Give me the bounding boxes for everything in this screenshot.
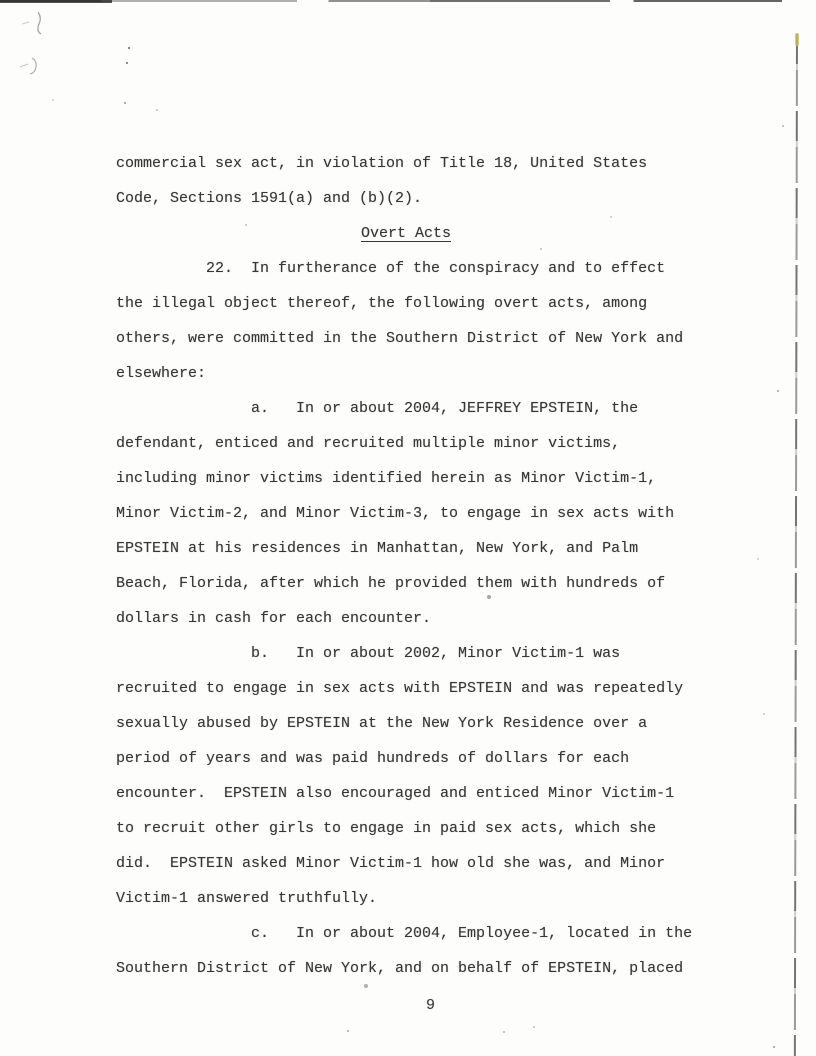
page-number: 9 [426, 997, 435, 1014]
doc-line: Minor Victim-2, and Minor Victim-3, to e… [116, 496, 696, 531]
doc-line: to recruit other girls to engage in paid… [116, 811, 696, 846]
doc-line: recruited to engage in sex acts with EPS… [116, 671, 696, 706]
doc-line: Victim-1 answered truthfully. [116, 881, 696, 916]
document-text: commercial sex act, in violation of Titl… [116, 146, 696, 986]
scan-artifact-scribble [8, 6, 68, 86]
doc-line: period of years and was paid hundreds of… [116, 741, 696, 776]
doc-line: elsewhere: [116, 356, 696, 391]
scan-artifact-right-edge-tip [795, 33, 799, 46]
doc-line: sexually abused by EPSTEIN at the New Yo… [116, 706, 696, 741]
doc-line: b. In or about 2002, Minor Victim-1 was [116, 636, 696, 671]
scan-specks [0, 0, 2, 2]
doc-line: c. In or about 2004, Employee-1, located… [116, 916, 696, 951]
doc-line: Southern District of New York, and on be… [116, 951, 696, 986]
doc-line: Code, Sections 1591(a) and (b)(2). [116, 181, 696, 216]
doc-line: dollars in cash for each encounter. [116, 601, 696, 636]
doc-line: others, were committed in the Southern D… [116, 321, 696, 356]
doc-line: EPSTEIN at his residences in Manhattan, … [116, 531, 696, 566]
doc-line: encounter. EPSTEIN also encouraged and e… [116, 776, 696, 811]
section-heading: Overt Acts [116, 216, 696, 251]
doc-line: commercial sex act, in violation of Titl… [116, 146, 696, 181]
doc-line: the illegal object thereof, the followin… [116, 286, 696, 321]
doc-line: including minor victims identified herei… [116, 461, 696, 496]
doc-line: defendant, enticed and recruited multipl… [116, 426, 696, 461]
doc-line: a. In or about 2004, JEFFREY EPSTEIN, th… [116, 391, 696, 426]
scan-artifact-top-edge-cap [0, 0, 112, 3]
document-page: commercial sex act, in violation of Titl… [0, 0, 816, 1056]
scan-artifact-top-edge [0, 0, 782, 2]
doc-line: Beach, Florida, after which he provided … [116, 566, 696, 601]
doc-line: did. EPSTEIN asked Minor Victim-1 how ol… [116, 846, 696, 881]
doc-line: 22. In furtherance of the conspiracy and… [116, 251, 696, 286]
scan-artifact-right-edge [794, 34, 798, 1056]
